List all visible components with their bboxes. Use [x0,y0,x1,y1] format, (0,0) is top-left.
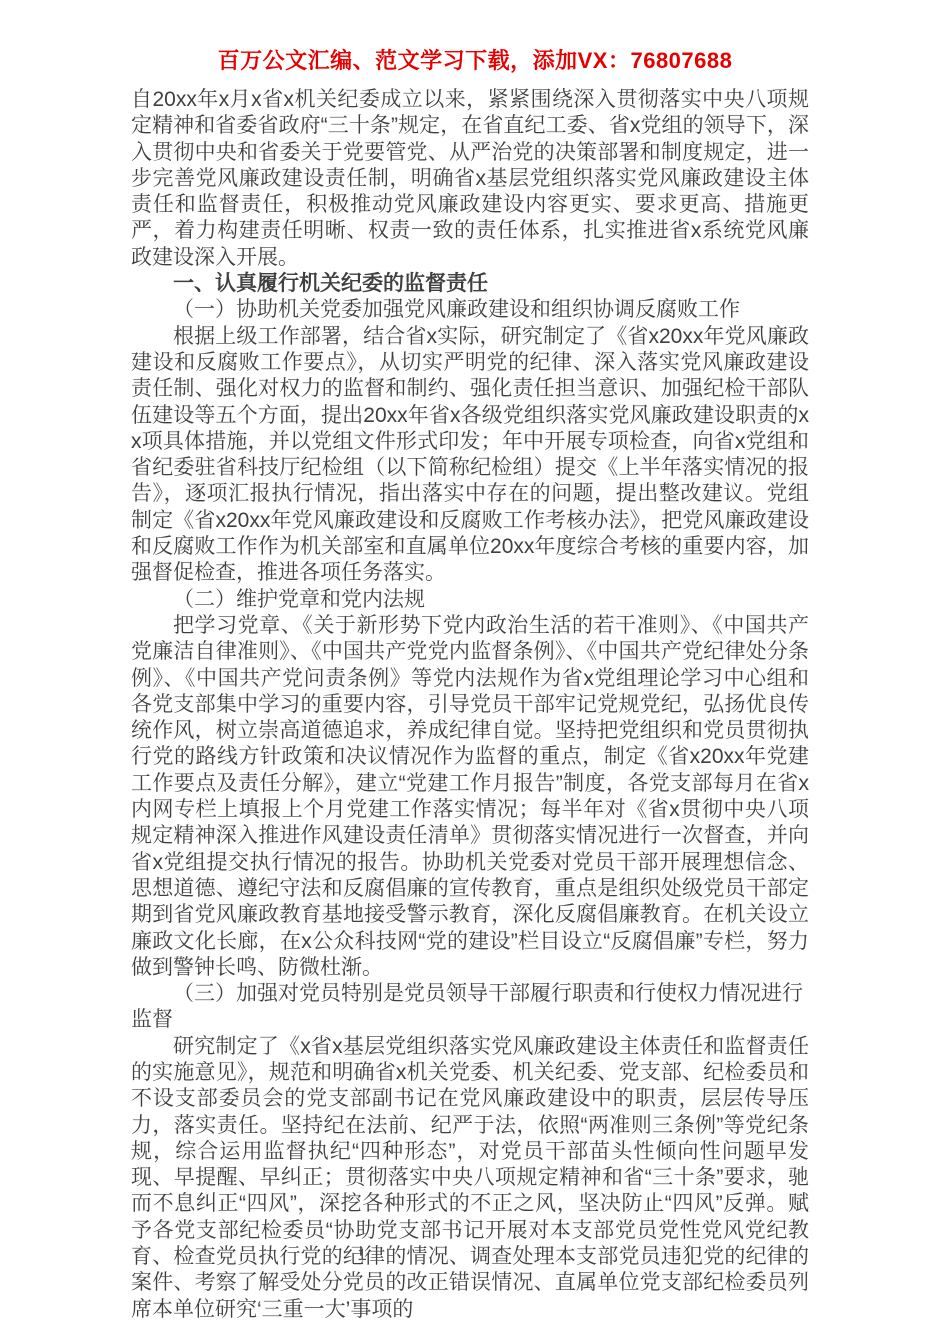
doc-paragraph: 把学习党章、《关于新形势下党内政治生活的若干准则》、《中国共产党廉洁自律准则》、… [131,613,809,981]
doc-paragraph: 根据上级工作部署，结合省x实际，研究制定了《省x20xx年党风廉政建设和反腐败工… [131,324,809,587]
doc-heading: 一、认真履行机关纪委的监督责任 [131,271,809,297]
doc-subheading: （一）协助机关党委加强党风廉政建设和组织协调反腐败工作 [131,297,809,323]
doc-subheading: （三）加强对党员特别是党员领导干部履行职责和行使权力情况进行监督 [131,981,809,1034]
promo-header: 百万公文汇编、范文学习下载，添加VX：76807688 [0,44,950,75]
doc-paragraph: 研究制定了《x省x基层党组织落实党风廉政建设主体责任和监督责任的实施意见》，规范… [131,1034,809,1323]
page-number: 1 [347,1244,377,1266]
document-body: 自20xx年x月x省x机关纪委成立以来，紧紧围绕深入贯彻落实中央八项规定精神和省… [131,87,809,1323]
doc-opening: 自20xx年x月x省x机关纪委成立以来，紧紧围绕深入贯彻落实中央八项规定精神和省… [131,87,809,271]
document-page: 百万公文汇编、范文学习下载，添加VX：76807688 自20xx年x月x省x机… [0,0,950,1344]
doc-subheading: （二）维护党章和党内法规 [131,587,809,613]
